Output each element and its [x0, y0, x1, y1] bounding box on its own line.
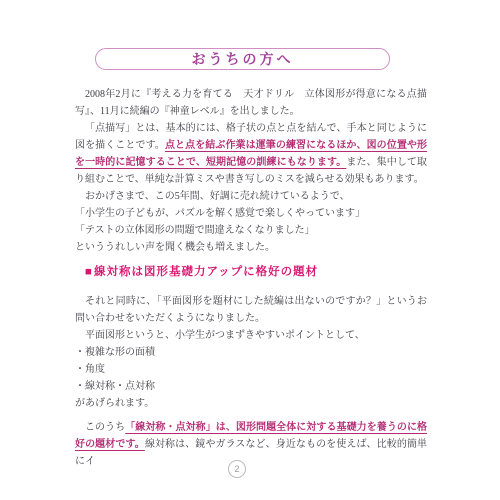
page-number-badge: 2 — [228, 460, 246, 478]
page-title: おうちの方へ — [192, 49, 294, 69]
paragraph: おかげさまで、この5年間、好調に売れ続けているようで、 — [75, 188, 427, 205]
text-run: 2008年2月に『考える力を育てる 天才ドリル 立体図形が得意になる点描写』、1… — [75, 89, 427, 117]
text-run: それと同時に、「平面図形を題材にした続編は出ないのですか？」というお問い合わせを… — [75, 296, 427, 324]
page-heading-box: おうちの方へ — [95, 48, 390, 70]
book-page: おうちの方へ 2008年2月に『考える力を育てる 天才ドリル 立体図形が得意にな… — [0, 0, 500, 500]
paragraph: 「テストの立体図形の問題で間違えなくなりました」 — [75, 222, 427, 239]
text-run: といううれしい声を聞く機会も増えました。 — [75, 242, 275, 253]
paragraph: 平面図形というと、小学生がつまずきやすいポイントとして、 — [75, 327, 427, 344]
paragraph: 「小学生の子どもが、パズルを解く感覚で楽しくやっています」 — [75, 205, 427, 222]
text-run: 平面図形というと、小学生がつまずきやすいポイントとして、 — [85, 330, 365, 341]
text-run: ・線対称・点対称 — [75, 381, 155, 392]
paragraph: といううれしい声を聞く機会も増えました。 — [75, 239, 427, 256]
text-run: 「テストの立体図形の問題で間違えなくなりました」 — [75, 225, 315, 236]
body-text: 2008年2月に『考える力を育てる 天才ドリル 立体図形が得意になる点描写』、1… — [75, 86, 427, 470]
text-run: おかげさまで、この5年間、好調に売れ続けているようで、 — [85, 191, 350, 202]
text-run: このうち — [85, 422, 125, 433]
page-number: 2 — [234, 464, 239, 474]
square-bullet-icon: ■ — [85, 266, 93, 278]
section-heading-text: 線対称は図形基礎力アップに格好の題材 — [94, 266, 318, 278]
paragraph: があげられます。 — [75, 395, 427, 412]
text-run: があげられます。 — [75, 398, 154, 409]
paragraph: それと同時に、「平面図形を題材にした続編は出ないのですか？」というお問い合わせを… — [75, 293, 427, 327]
text-run: 「小学生の子どもが、パズルを解く感覚で楽しくやっています」 — [75, 208, 365, 219]
paragraph: このうち「線対称・点対称」は、図形問題全体に対する基礎力を養うのに格好の題材です… — [75, 419, 427, 470]
paragraph: 「点描写」とは、基本的には、格子状の点と点を結んで、手本と同じように図を描くこと… — [75, 120, 427, 188]
section-heading: ■線対称は図形基礎力アップに格好の題材 — [75, 264, 427, 281]
paragraph: ・複雑な形の面積 — [75, 344, 427, 361]
text-run: ・角度 — [75, 364, 105, 375]
paragraph: ・角度 — [75, 361, 427, 378]
paragraph: ・線対称・点対称 — [75, 378, 427, 395]
text-run: ・複雑な形の面積 — [75, 347, 155, 358]
paragraph: 2008年2月に『考える力を育てる 天才ドリル 立体図形が得意になる点描写』、1… — [75, 86, 427, 120]
